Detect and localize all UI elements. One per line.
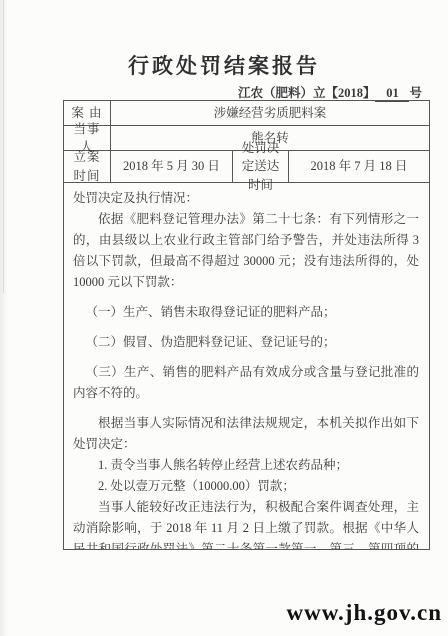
delivery-time-label-cell: 处罚决定送达时间	[233, 151, 289, 182]
body-paragraph: 当事人能较好改正违法行为，积极配合案件调查处理，主动消除影响，于 2018 年 …	[73, 497, 419, 549]
scan-line-artifact	[3, 0, 4, 293]
document-number-suffix: 号	[409, 86, 422, 100]
body-decision-item: 1. 责令当事人熊名转停止经营上述农药品种；	[73, 455, 419, 476]
body-list-item: （二）假冒、伪造肥料登记证、登记证号的；	[73, 332, 419, 353]
table-row-case: 案 由 涉嫌经营劣质肥料案	[64, 101, 429, 126]
scan-edge-artifact	[0, 0, 8, 636]
body-heading: 处罚决定及执行情况：	[73, 188, 419, 209]
delivery-time-value-cell: 2018 年 7 月 18 日	[289, 151, 429, 182]
case-summary-table: 案 由 涉嫌经营劣质肥料案 当事人 熊名转 立案时间 2018 年 5 月 30…	[63, 100, 430, 550]
party-label-cell: 当事人	[64, 126, 111, 150]
case-value-cell: 涉嫌经营劣质肥料案	[111, 101, 429, 125]
filing-time-value-cell: 2018 年 5 月 30 日	[111, 151, 233, 182]
body-paragraph: 根据当事人实际情况和法律法规规定，本机关拟作出如下处罚决定：	[73, 413, 419, 455]
filing-time-label-cell: 立案时间	[64, 151, 111, 182]
document-number-prefix: 江农（肥料）立【2018】	[238, 86, 376, 100]
body-list-item: （一）生产、销售未取得登记证的肥料产品；	[73, 302, 419, 323]
page-title: 行政处罚结案报告	[0, 50, 448, 80]
body-decision-item: 2. 处以壹万元整（10000.00）罚款；	[73, 476, 419, 497]
body-list-item: （三）生产、销售的肥料产品有效成分或含量与登记批准的内容不符的。	[73, 362, 419, 404]
body-paragraph: 依据《肥料登记管理办法》第二十七条：有下列情形之一的，由县级以上农业行政主管部门…	[73, 209, 419, 293]
scanned-document-page: 行政处罚结案报告 江农（肥料）立【2018】01号 案 由 涉嫌经营劣质肥料案 …	[0, 0, 448, 636]
decision-body-cell: 处罚决定及执行情况： 依据《肥料登记管理办法》第二十七条：有下列情形之一的，由县…	[64, 183, 429, 549]
website-watermark: www.jh.gov.cn	[287, 600, 443, 626]
table-row-dates: 立案时间 2018 年 5 月 30 日 处罚决定送达时间 2018 年 7 月…	[64, 151, 429, 183]
